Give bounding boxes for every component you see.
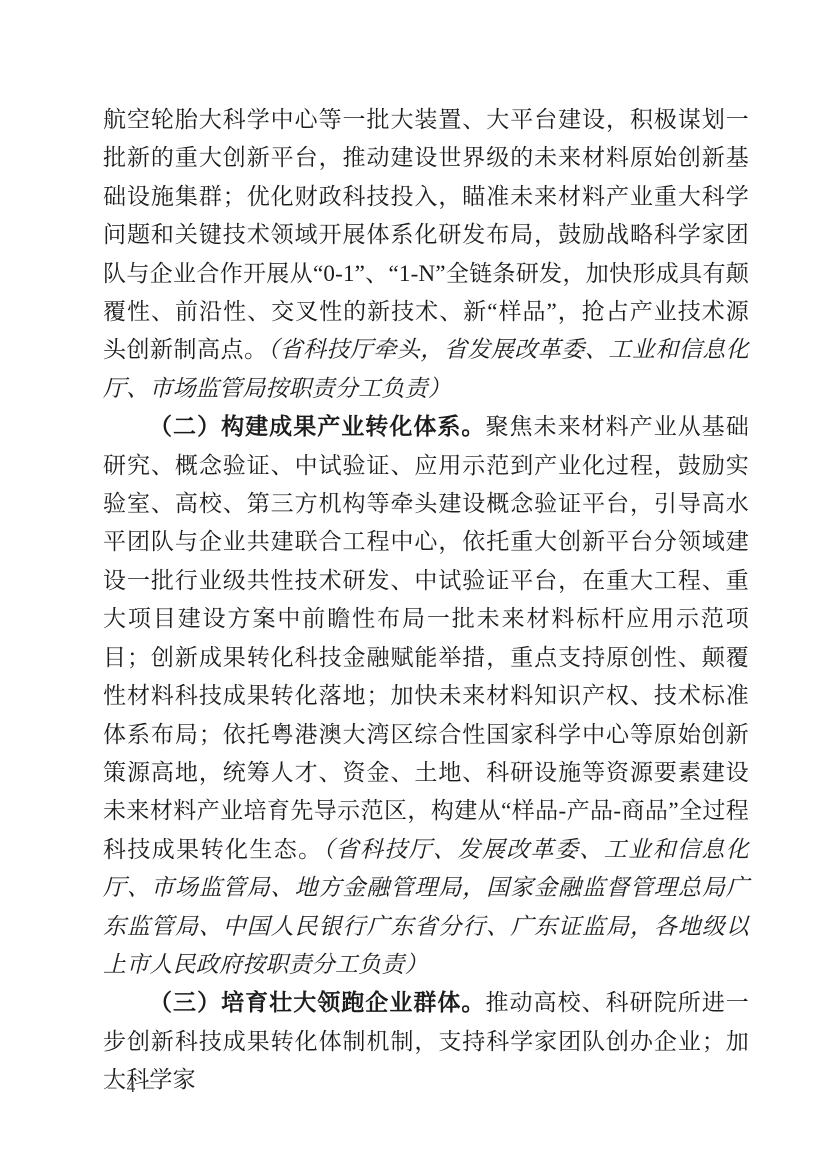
paragraph-section-3: （三）培育壮大领跑企业群体。推动高校、科研院所进一步创新科技成果转化体制机制，支… [103, 984, 749, 1099]
document-body: 航空轮胎大科学中心等一批大装置、大平台建设，积极谋划一批新的重大创新平台，推动建… [103, 101, 749, 1100]
paragraph-continuation: 航空轮胎大科学中心等一批大装置、大平台建设，积极谋划一批新的重大创新平台，推动建… [103, 101, 749, 408]
section-heading: （二）构建成果产业转化体系。 [149, 414, 485, 439]
paragraph-body-text: 聚焦未来材料产业从基础研究、概念验证、中试验证、应用示范到产业化过程，鼓励实验室… [103, 414, 749, 861]
paragraph-body-text: 航空轮胎大科学中心等一批大装置、大平台建设，积极谋划一批新的重大创新平台，推动建… [103, 107, 749, 362]
paragraph-section-2: （二）构建成果产业转化体系。聚焦未来材料产业从基础研究、概念验证、中试验证、应用… [103, 408, 749, 984]
document-page: 航空轮胎大科学中心等一批大装置、大平台建设，积极谋划一批新的重大创新平台，推动建… [0, 0, 826, 1169]
page-number: – 4 – [108, 1077, 157, 1097]
section-heading: （三）培育壮大领跑企业群体。 [149, 990, 485, 1015]
